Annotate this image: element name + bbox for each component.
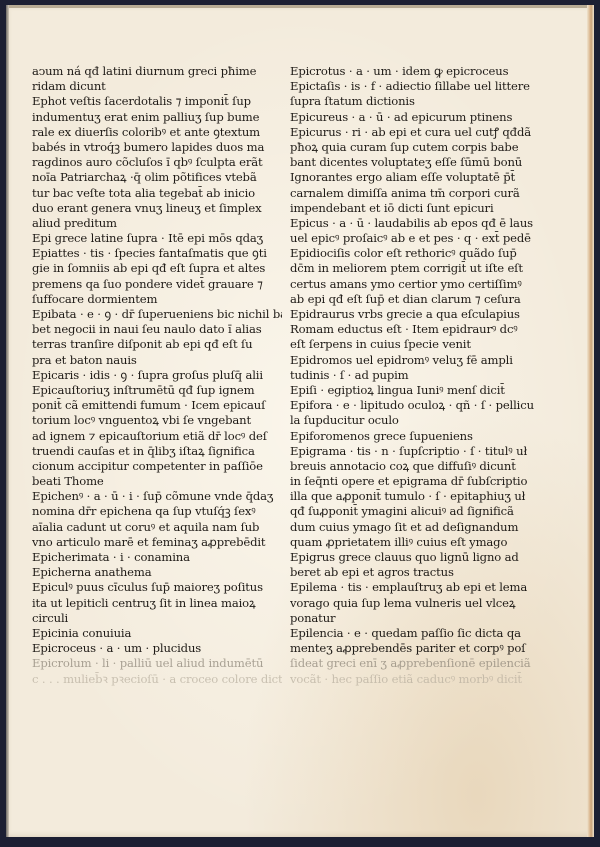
text-line: Epilencia · e · quedam paſſio ſic dicta … [290, 626, 540, 641]
text-line: breuis annotacio coꝝ que diffuſiꝰ dicunt… [290, 459, 540, 474]
text-line: Epicrotus · a · um · idem ꝙ epicroceus [290, 64, 540, 79]
page-right-edge-stain [587, 5, 594, 837]
text-line: gie in ſomniis ab epi qđ eſt ſupra et al… [32, 261, 282, 276]
text-line: tudinis · ſ · ad pupim [290, 368, 540, 383]
text-line: terras tranſire diſponit ab epi qđ eſt ſ… [32, 337, 282, 352]
right-text-column: Epicrotus · a · um · idem ꝙ epicroceusEp… [290, 64, 540, 687]
text-line: in ſeq̄nti opere et epigrama dr̄ ſubſcri… [290, 474, 540, 489]
text-line: aↄum ná qđ latini diurnum greci pħime [32, 64, 282, 79]
text-line: rale ex diuerſis coloribꝰ et ante ꝯtextu… [32, 125, 282, 140]
text-line: Epiculꝰ puus cı̄culus ſup̄ maioreʒ poſit… [32, 580, 282, 595]
text-line: Epicroceus · a · um · plucidus [32, 641, 282, 656]
text-line: pħoꝝ quia curam ſup cutem corpis babe [290, 140, 540, 155]
text-line: ponit̄ cã emittendi fumum · Icem epicauſ [32, 398, 282, 413]
text-line: carnalem dimiſſa anima tm̄ corpori curã [290, 186, 540, 201]
text-line: Epicinia conuiuia [32, 626, 282, 641]
text-line: Epidiociſis color eſt rethoricꝰ quãdo ſu… [290, 246, 540, 261]
text-line: pra et baton nauis [32, 353, 282, 368]
text-line: babés in vtroq́ꝫ bumero lapides duos ma [32, 140, 282, 155]
text-line: truendi cauſas et in q̄libʒ iſtaꝝ ſignif… [32, 444, 282, 459]
text-line: ita ut lepiticli centruʒ ſit in linea ma… [32, 596, 282, 611]
text-line: Ephot veſtis ſacerdotalis ⁊ imponit̄ ſup [32, 94, 282, 109]
text-line: aliud preditum [32, 216, 282, 231]
text-line: Epictaſis · is · f · adiectio ſillabe ue… [290, 79, 540, 94]
text-line: vorago quia ſup lema vulneris uel vlceꝝ [290, 596, 540, 611]
text-line: Epi grece latine ſupra · Itē epi mōs qda… [32, 231, 282, 246]
text-line: Epiſi · egiptioꝝ lingua Iuniꝰ menſ dicit… [290, 383, 540, 398]
text-line: Epicaris · idis · ꝯ · ſupra groſus pluſq… [32, 368, 282, 383]
text-line: Epicauſtoriuʒ inſtrumētū qđ ſup ignem [32, 383, 282, 398]
text-line: tur bac veſte tota alia tegebat̄ ab inic… [32, 186, 282, 201]
text-line: ſuffocare dormientem [32, 292, 282, 307]
text-line: Epicurus · ri · ab epi et cura uel cutꝭ … [290, 125, 540, 140]
text-line: c . . . mulieb̄ꝛ pꝛecioſū · a croceo col… [32, 672, 282, 687]
text-line: Epichenꝰ · a · ū · i · ſup̄ cõmune vnde … [32, 489, 282, 504]
text-line: Epidromos uel epidromꝰ veluʒ fē ampli [290, 353, 540, 368]
text-line: Epidraurus vrbs grecie a qua eſculapius [290, 307, 540, 322]
text-line: ad ignem ⁊ epicauſtorium etiã dr̄ locꝰ d… [32, 429, 282, 444]
text-line: circuli [32, 611, 282, 626]
text-line: dum cuius ymago ſit et ad deſignandum [290, 520, 540, 535]
text-line: Epicherimata · i · conamina [32, 550, 282, 565]
text-line: impendebant et iō dicti ſunt epicuri [290, 201, 540, 216]
text-line: Epicrolum · li · palliū uel aliud indumē… [32, 656, 282, 671]
text-line: Epicureus · a · ū · ad epicurum ptinens [290, 110, 540, 125]
text-line: dc̄m in meliorem ptem corrigit̄ ut iſte … [290, 261, 540, 276]
text-line: ridam dicunt [32, 79, 282, 94]
text-line: duo erant genera vnuʒ lineuʒ et ſimplex [32, 201, 282, 216]
text-line: ſupra ſtatum dictionis [290, 94, 540, 109]
text-line: qđ ſuꝓponit̄ ymagini alicuiꝰ ad ſignific… [290, 504, 540, 519]
text-line: ſideat greci enī ʒ aꝓprebenſionē epilenc… [290, 656, 540, 671]
text-line: bet negocii in naui ſeu naulo dato ı̄ al… [32, 322, 282, 337]
text-line: eſt ſerpens in cuius ſpecie venit [290, 337, 540, 352]
text-line: uel epicꝰ proſaicꝰ ab e et pes · q · ext… [290, 231, 540, 246]
text-line: ab epi qđ eſt ſup̄ et dian clarum ⁊ ceſu… [290, 292, 540, 307]
text-line: nomina dr̄r epichena qa ſup vtuſq́ꝫ ſexꝰ [32, 504, 282, 519]
text-line: Epiattes · tis · ſpecies fantaſmatis que… [32, 246, 282, 261]
text-line: Epigrama · tis · n · ſupſcriptio · ſ · t… [290, 444, 540, 459]
page-top-edge [6, 5, 594, 8]
text-line: Romam eductus eſt · Item epidraurꝰ dcꝰ [290, 322, 540, 337]
text-line: la ſupducitur oculo [290, 413, 540, 428]
text-line: torium locꝰ vnguentoꝝ vbi ſe vngebant [32, 413, 282, 428]
text-line: indumentuʒ erat enim palliuʒ ſup bume [32, 110, 282, 125]
text-line: ragdinos auro cõcluſos ı̄ qbꝰ ſculpta er… [32, 155, 282, 170]
text-line: Epifora · e · lipitudo oculoꝝ · qñ · ſ ·… [290, 398, 540, 413]
text-line: premens qa ſuo pondere videt̄ grauare ⁊ [32, 277, 282, 292]
text-line: vno articulo marē et feminaʒ aꝓprebēdit [32, 535, 282, 550]
text-line: beret ab epi et agros tractus [290, 565, 540, 580]
text-line: Epiforomenos grece ſupueniens [290, 429, 540, 444]
text-line: cionum accipitur competenter in paſſiōe [32, 459, 282, 474]
text-line: Epigrus grece clauus quo lignū ligno ad [290, 550, 540, 565]
text-line: Epilema · tis · emplauſtruʒ ab epi et le… [290, 580, 540, 595]
text-line: Ignorantes ergo aliam eſſe voluptatē p̄t… [290, 170, 540, 185]
text-line: noı̄a Patriarchaꝝ ·q̄ olim põtifices vte… [32, 170, 282, 185]
text-line: Epicherna anathema [32, 565, 282, 580]
text-line: bant dicentes voluptateʒ eſſe ſūmū bonū [290, 155, 540, 170]
text-line: ponatur [290, 611, 540, 626]
text-line: certus amans ymo certior ymo certiſſimꝰ [290, 277, 540, 292]
page-left-edge [6, 5, 9, 837]
text-line: menteʒ aꝓprebendēs pariter et corpꝰ poſ [290, 641, 540, 656]
text-line: illa que aꝓponit̄ tumulo · ſ · epitaphiu… [290, 489, 540, 504]
text-line: Epibata · e · ꝯ · dr̄ ſuperueniens bic n… [32, 307, 282, 322]
left-text-column: aↄum ná qđ latini diurnum greci pħimerid… [32, 64, 282, 687]
text-line: beati Thome [32, 474, 282, 489]
text-line: quam ꝓprietatem illiꝰ cuius eſt ymago [290, 535, 540, 550]
text-line: vocãt · hec paſſio etiã caducꝰ morbꝰ dic… [290, 672, 540, 687]
text-line: Epicus · a · ū · laudabilis ab epos qđ ē… [290, 216, 540, 231]
text-line: aı̄alia cadunt ut coruꝰ et aquila nam ſu… [32, 520, 282, 535]
